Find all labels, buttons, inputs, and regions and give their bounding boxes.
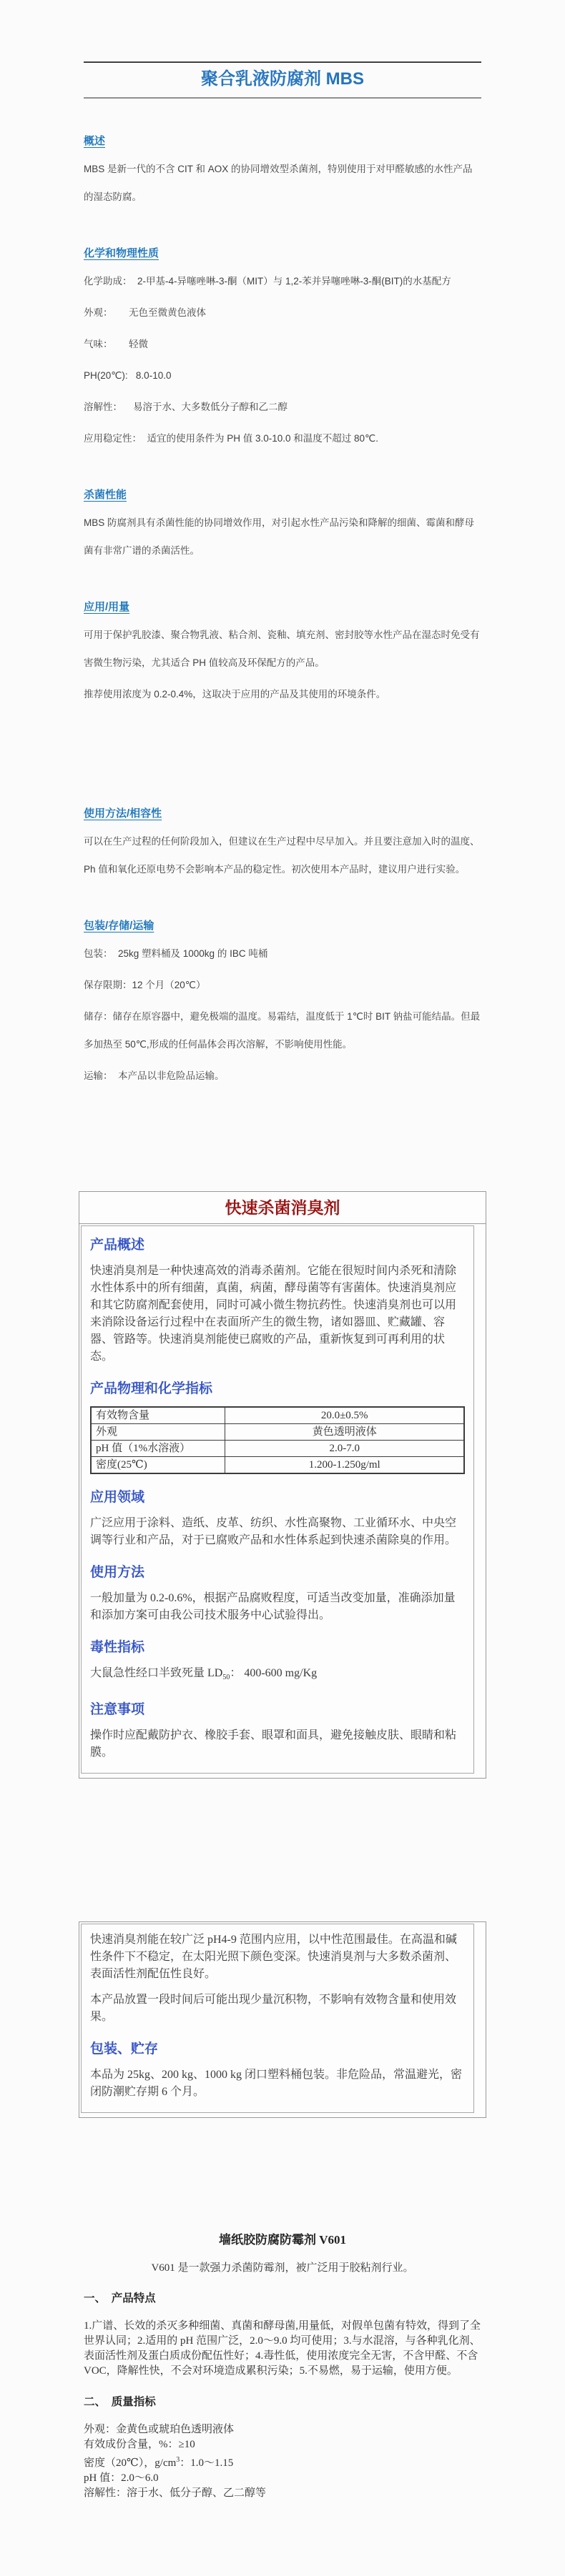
doc-deodorant-box2: 快速消臭剂能在较广泛 pH4-9 范围内应用，以中性范围最佳。在高温和碱性条件下… xyxy=(79,1921,486,2118)
section-chem-phys: 化学和物理性质 化学助成： 2-甲基-4-异噻唑啉-3-酮（MIT）与 1,2-… xyxy=(84,239,481,452)
doc-deodorant-box2-body: 快速消臭剂能在较广泛 pH4-9 范围内应用，以中性范围最佳。在高温和碱性条件下… xyxy=(81,1924,474,2113)
apply-text: 广泛应用于涂料、造纸、皮革、纺织、水性高聚物、工业循环水、中央空调等行业和产品，… xyxy=(90,1515,465,1549)
spec-solubility: 溶解性：溶于水、低分子醇、乙二醇等 xyxy=(84,2486,481,2501)
doc-mbs: 聚合乳液防腐剂 MBS 概述 MBS 是新一代的不含 CIT 和 AOX 的协同… xyxy=(84,0,481,1090)
stability-text: 快速消臭剂能在较广泛 pH4-9 范围内应用，以中性范围最佳。在高温和碱性条件下… xyxy=(90,1931,465,1983)
property-line: 外观： 无色至微黄色液体 xyxy=(84,299,481,327)
features-text: 1.广谱、长效的杀灭多种细菌、真菌和酵母菌,用量低，对假单包菌有特效，得到了全世… xyxy=(84,2319,481,2379)
section-overview-heading: 概述 xyxy=(84,127,481,155)
paragraph: 包装： 25kg 塑料桶及 1000kg 的 IBC 吨桶 xyxy=(84,940,481,968)
doc-deodorant-title: 快速杀菌消臭剂 xyxy=(79,1192,486,1224)
usage-text: 一般加量为 0.2-0.6%，根据产品腐败程度，可适当改变加量，准确添加量和添加… xyxy=(90,1590,465,1624)
pack-text: 本品为 25kg、200 kg、1000 kg 闭口塑料桶包装。非危险品，常温避… xyxy=(90,2067,465,2101)
overview-text: 快速消臭剂是一种快速高效的消毒杀菌剂。它能在很短时间内杀死和清除水性体系中的所有… xyxy=(90,1263,465,1366)
pack-heading: 包装、贮存 xyxy=(90,2040,465,2058)
caution-text: 操作时应配戴防护衣、橡胶手套、眼罩和面具，避免接触皮肤、眼睛和粘膜。 xyxy=(90,1727,465,1761)
spec-value: 20.0±0.5% xyxy=(225,1407,464,1424)
doc-deodorant-box: 快速杀菌消臭剂 产品概述 快速消臭剂是一种快速高效的消毒杀菌剂。它能在很短时间内… xyxy=(79,1191,486,1779)
spec-value: 2.0-7.0 xyxy=(225,1441,464,1457)
property-line: PH(20℃): 8.0-10.0 xyxy=(84,362,481,389)
spec-name: pH 值（1%水溶液） xyxy=(91,1441,225,1457)
doc-deodorant-body: 产品概述 快速消臭剂是一种快速高效的消毒杀菌剂。它能在很短时间内杀死和清除水性体… xyxy=(81,1225,474,1774)
section-chem-phys-heading: 化学和物理性质 xyxy=(84,239,481,267)
spec-name: 密度(25℃) xyxy=(91,1457,225,1474)
table-row: 外观 黄色透明液体 xyxy=(91,1424,464,1441)
paragraph: 运输： 本产品以非危险品运输。 xyxy=(84,1062,481,1090)
section-biocide-heading: 杀菌性能 xyxy=(84,481,481,509)
paragraph: 推荐使用浓度为 0.2-0.4%，这取决于应用的产品及其使用的环境条件。 xyxy=(84,680,481,708)
section-packaging-heading: 包装/存储/运输 xyxy=(84,912,481,940)
section-application: 应用/用量 可用于保护乳胶漆、聚合物乳液、粘合剂、瓷釉、填充剂、密封胶等水性产品… xyxy=(84,593,481,708)
property-line: 化学助成： 2-甲基-4-异噻唑啉-3-酮（MIT）与 1,2-苯并异噻唑啉-3… xyxy=(84,267,481,295)
quality-heading: 二、 质量指标 xyxy=(84,2395,481,2410)
ld50-value: ： 400-600 mg/Kg xyxy=(230,1667,317,1679)
spec-name: 外观 xyxy=(91,1424,225,1441)
section-usage-heading: 使用方法/相容性 xyxy=(84,800,481,827)
paragraph: 可以在生产过程的任何阶段加入，但建议在生产过程中尽早加入。并且要注意加入时的温度… xyxy=(84,827,481,883)
paragraph: 储存：储存在原容器中，避免极端的温度。易霜结，温度低于 1℃时 BIT 钠盐可能… xyxy=(84,1003,481,1058)
table-row: pH 值（1%水溶液） 2.0-7.0 xyxy=(91,1441,464,1457)
overview-heading: 产品概述 xyxy=(90,1236,465,1254)
phys-heading: 产品物理和化学指标 xyxy=(90,1380,465,1398)
property-line: 应用稳定性： 适宜的使用条件为 PH 值 3.0-10.0 和温度不超过 80℃… xyxy=(84,424,481,452)
doc-v601: 墙纸胶防腐防霉剂 V601 V601 是一款强力杀菌防霉剂，被广泛用于胶粘剂行业… xyxy=(84,2232,481,2501)
section-packaging: 包装/存储/运输 包装： 25kg 塑料桶及 1000kg 的 IBC 吨桶 保… xyxy=(84,912,481,1090)
ld50-subscript: 50 xyxy=(222,1674,230,1681)
property-line: 溶解性： 易溶于水、大多数低分子醇和乙二醇 xyxy=(84,393,481,421)
doc-v601-title: 墙纸胶防腐防霉剂 V601 xyxy=(84,2232,481,2247)
density-value: ：1.0～1.15 xyxy=(180,2457,233,2469)
doc-mbs-title: 聚合乳液防腐剂 MBS xyxy=(84,63,481,97)
spec-appearance: 外观：金黄色或琥珀色透明液体 xyxy=(84,2422,481,2437)
spec-name: 有效物含量 xyxy=(91,1407,225,1424)
caution-heading: 注意事项 xyxy=(90,1701,465,1719)
table-row: 有效物含量 20.0±0.5% xyxy=(91,1407,464,1424)
section-application-heading: 应用/用量 xyxy=(84,593,481,621)
doc-v601-subtitle: V601 是一款强力杀菌防霉剂，被广泛用于胶粘剂行业。 xyxy=(84,2261,481,2276)
spec-active-content: 有效成份含量，%：≥10 xyxy=(84,2437,481,2452)
apply-heading: 应用领域 xyxy=(90,1488,465,1506)
spec-density: 密度（20℃），g/cm3：1.0～1.15 xyxy=(84,2452,481,2471)
ld50-prefix: 大鼠急性经口半致死量 LD xyxy=(90,1667,222,1679)
page: 聚合乳液防腐剂 MBS 概述 MBS 是新一代的不含 CIT 和 AOX 的协同… xyxy=(0,0,565,2576)
table-row: 密度(25℃) 1.200-1.250g/ml xyxy=(91,1457,464,1474)
section-overview: 概述 MBS 是新一代的不含 CIT 和 AOX 的协同增效型杀菌剂，特别使用于… xyxy=(84,127,481,211)
paragraph: MBS 是新一代的不含 CIT 和 AOX 的协同增效型杀菌剂，特别使用于对甲醛… xyxy=(84,155,481,211)
toxicity-text: 大鼠急性经口半致死量 LD50： 400-600 mg/Kg xyxy=(90,1665,465,1686)
property-line: 气味： 轻微 xyxy=(84,330,481,358)
spec-value: 1.200-1.250g/ml xyxy=(225,1457,464,1474)
sediment-text: 本产品放置一段时间后可能出现少量沉积物，不影响有效物含量和使用效果。 xyxy=(90,1991,465,2026)
paragraph: 保存限期：12 个月（20℃） xyxy=(84,971,481,999)
usage-heading: 使用方法 xyxy=(90,1563,465,1581)
paragraph: 可用于保护乳胶漆、聚合物乳液、粘合剂、瓷釉、填充剂、密封胶等水性产品在湿态时免受… xyxy=(84,621,481,677)
toxicity-heading: 毒性指标 xyxy=(90,1638,465,1656)
spec-table: 有效物含量 20.0±0.5% 外观 黄色透明液体 pH 值（1%水溶液） 2.… xyxy=(90,1406,465,1474)
section-usage: 使用方法/相容性 可以在生产过程的任何阶段加入，但建议在生产过程中尽早加入。并且… xyxy=(84,800,481,883)
title-rule-bottom xyxy=(84,97,481,99)
features-heading: 一、 产品特点 xyxy=(84,2291,481,2306)
spec-ph: pH 值：2.0～6.0 xyxy=(84,2471,481,2486)
section-biocide: 杀菌性能 MBS 防腐剂具有杀菌性能的协同增效作用，对引起水性产品污染和降解的细… xyxy=(84,481,481,565)
spec-value: 黄色透明液体 xyxy=(225,1424,464,1441)
density-prefix: 密度（20℃），g/cm xyxy=(84,2457,176,2469)
paragraph: MBS 防腐剂具有杀菌性能的协同增效作用，对引起水性产品污染和降解的细菌、霉菌和… xyxy=(84,509,481,565)
